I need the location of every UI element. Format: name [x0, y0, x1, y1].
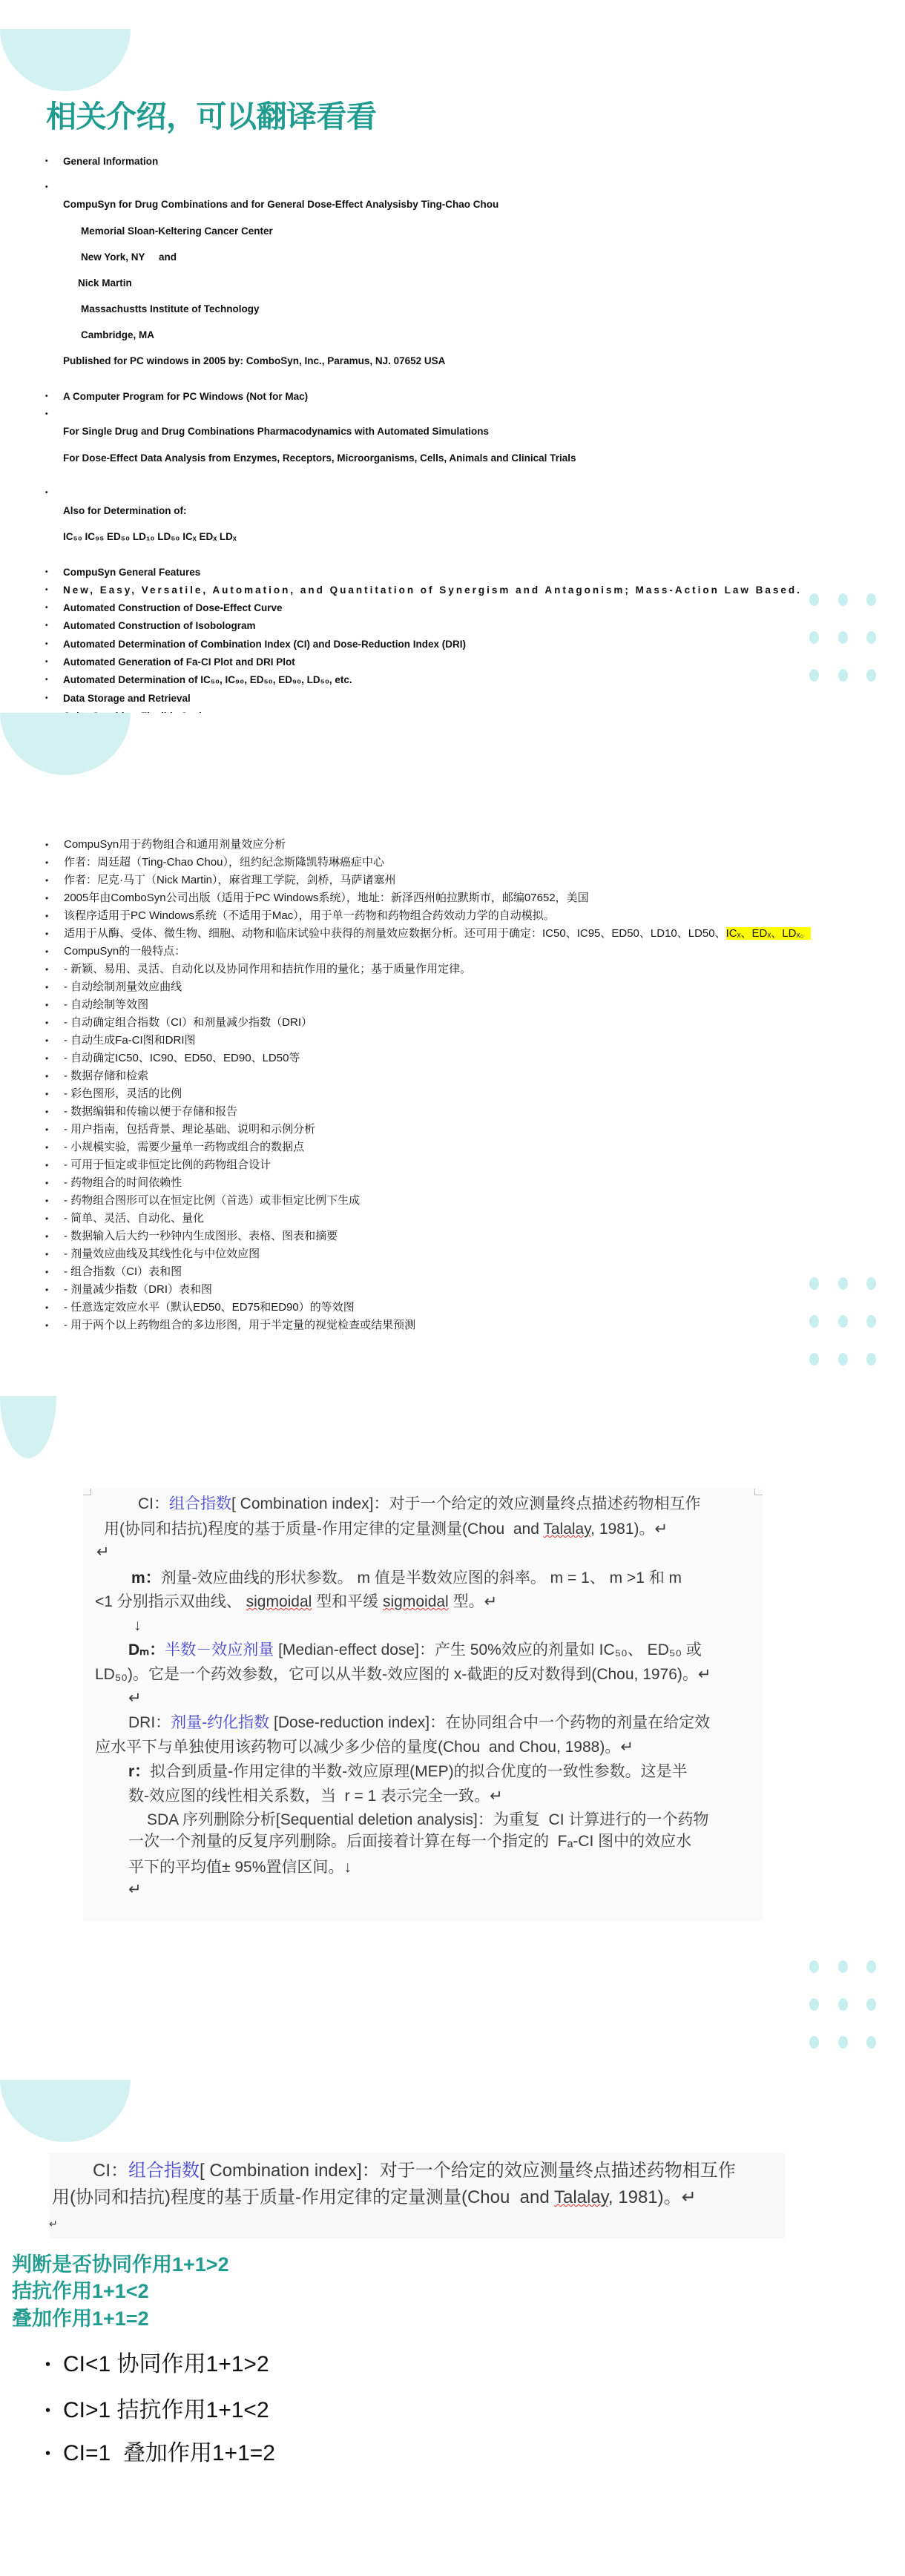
list-item-line: Cambridge, MA: [63, 331, 802, 340]
list-item-text: - 药物组合的时间依赖性: [64, 1176, 182, 1189]
doc-text: , 1981)。↵: [590, 1521, 668, 1538]
slide-translation-chinese: CompuSyn用于药物组合和通用剂量效应分析 作者：周廷超（Ting-Chao…: [0, 713, 905, 1396]
list-item: Also for Determination of: IC₅₀ IC₉₅ ED₅…: [0, 489, 802, 559]
decorative-semicircle: [0, 1396, 56, 1458]
bullet-ci-greater-than-1: CI>1 拮抗作用1+1<2: [63, 2396, 269, 2425]
list-item: Automated Determination of IC₅₀, IC₉₀, E…: [0, 676, 802, 685]
slide-deck-page: 相关介绍，可以翻译看看 General Information CompuSyn…: [0, 0, 905, 2576]
list-item: - 小规模实验，需要少量单一药物或组合的数据点: [0, 1139, 811, 1156]
doc-text: CI：: [93, 2161, 128, 2181]
list-item-text: - 小规模实验，需要少量单一药物或组合的数据点: [64, 1141, 304, 1153]
term-combination-index: 组合指数: [169, 1495, 231, 1512]
decor-dot: [809, 631, 819, 644]
list-item: - 用于两个以上药物组合的多边形图，用于半定量的视觉检查或结果预测: [0, 1317, 811, 1334]
list-item-text: - 剂量效应曲线及其线性化与中位效应图: [64, 1248, 260, 1260]
decor-dot: [809, 1960, 819, 1973]
list-item: 适用于从酶、受体、微生物、细胞、动物和临床试验中获得的剂量效应数据分析。还可用于…: [0, 925, 811, 943]
decor-dot: [838, 1315, 848, 1328]
decor-dot: [866, 1277, 876, 1290]
list-item-text: 适用于从酶、受体、微生物、细胞、动物和临床试验中获得的剂量效应数据分析。还可用于…: [64, 927, 726, 940]
doc-text: 型。↵: [449, 1593, 497, 1610]
doc-line: 用(协同和拮抗)程度的基于质量-作用定律的定量测量(Chou and Talal…: [104, 1518, 668, 1541]
decor-dot: [866, 593, 876, 606]
decor-dot: [866, 1353, 876, 1366]
list-item-text: - 可用于恒定或非恒定比例的药物组合设计: [64, 1159, 271, 1171]
list-item: Automated Determination of Combination I…: [0, 640, 802, 649]
decor-dot: [838, 1960, 848, 1973]
decor-dot: [866, 2036, 876, 2049]
highlighted-text: ICₓ、EDₓ、LDₓ。: [726, 927, 812, 940]
doc-text: DRI：: [128, 1714, 171, 1731]
list-item-authors: CompuSyn for Drug Combinations and for G…: [0, 183, 802, 383]
list-item: 2005年由ComboSyn公司出版（适用于PC Windows系统），地址：新…: [0, 889, 811, 907]
list-item: - 任意选定效应水平（默认ED50、ED75和ED90）的等效图: [0, 1299, 811, 1317]
decorative-dot-grid: [809, 1277, 878, 1366]
doc-line: LD₅₀)。它是一个药效参数，它可以从半数-效应图的 x-截距的反对数得到(Ch…: [95, 1664, 711, 1686]
list-item-text: General Information: [63, 156, 158, 167]
list-item: CompuSyn的一般特点：: [0, 943, 811, 961]
doc-line-r: r：拟合到质量-作用定律的半数-效应原理(MEP)的拟合优度的一致性参数。这是半: [128, 1761, 688, 1783]
page-corner-mark: [83, 1489, 91, 1495]
list-item-text: - 新颖、易用、灵活、自动化以及协同作用和拮抗作用的量化；基于质量作用定律。: [64, 963, 471, 975]
features-list-cn: CompuSyn用于药物组合和通用剂量效应分析 作者：周廷超（Ting-Chao…: [0, 836, 811, 1334]
doc-line-dri: DRI：剂量-约化指数 [Dose-reduction index]：在协同组合…: [128, 1712, 710, 1734]
decor-dot: [809, 1998, 819, 2011]
list-item-text: - 彩色图形，灵活的比例: [64, 1087, 182, 1100]
doc-text: CI：: [138, 1495, 169, 1512]
doc-text: 用(协同和拮抗)程度的基于质量-作用定律的定量测量(Chou and: [104, 1521, 543, 1538]
list-item-line: Massachustts Institute of Technology: [63, 305, 802, 314]
decor-dot: [838, 1277, 848, 1290]
doc-line: 平下的平均值± 95%置信区间。↓: [128, 1857, 352, 1879]
list-item: - 组合指数（CI）表和图: [0, 1263, 811, 1281]
decorative-semicircle: [0, 713, 131, 775]
term-median-effect-dose: 半数－效应剂量: [165, 1641, 274, 1658]
list-item: - 彩色图形，灵活的比例: [0, 1085, 811, 1103]
list-item-text: - 用于两个以上药物组合的多边形图，用于半定量的视觉检查或结果预测: [64, 1319, 415, 1331]
list-item: New, Easy, Versatile, Automation, and Qu…: [0, 586, 802, 595]
paragraph-mark: ↵: [96, 1541, 110, 1564]
ci-definition-document-image: CI：组合指数[ Combination index]：对于一个给定的效应测量终…: [49, 2153, 785, 2239]
doc-text: 用(协同和拮抗)程度的基于质量-作用定律的定量测量(Chou and: [52, 2187, 554, 2207]
list-item-line: Memorial Sloan-Keltering Cancer Center: [63, 227, 802, 236]
doc-line: 应水平下与单独使用该药物可以减少多少倍的量度(Chou and Chou, 19…: [95, 1736, 633, 1759]
doc-text: [Dose-reduction index]：在协同组合中一个药物的剂量在给定效: [269, 1714, 710, 1731]
paragraph-mark: ↵: [128, 1879, 142, 1901]
list-item-text: A Computer Program for PC Windows (Not f…: [63, 391, 308, 402]
list-item: - 药物组合图形可以在恒定比例（首选）或非恒定比例下生成: [0, 1192, 811, 1210]
list-item-text: - 组合指数（CI）表和图: [64, 1265, 182, 1278]
list-item: - 自动绘制剂量效应曲线: [0, 978, 811, 996]
decorative-semicircle: [0, 2080, 131, 2142]
spellcheck-word: Talalay: [543, 1521, 590, 1538]
list-item: - 可用于恒定或非恒定比例的药物组合设计: [0, 1156, 811, 1174]
slide-intro-english: 相关介绍，可以翻译看看 General Information CompuSyn…: [0, 29, 905, 713]
list-item-text: - 数据编辑和传输以便于存储和报告: [64, 1105, 237, 1118]
term-key: Dₘ：: [128, 1641, 165, 1658]
heading-antagonism: 拮抗作用1+1<2: [12, 2278, 149, 2305]
list-item: - 药物组合的时间依赖性: [0, 1174, 811, 1192]
decor-dot: [809, 2036, 819, 2049]
list-item-line: Nick Martin: [63, 279, 802, 288]
doc-line: 一次一个剂量的反复序列删除。后面接着计算在每一个指定的 Fₐ-CI 图中的效应水: [128, 1831, 691, 1853]
list-item: - 数据编辑和传输以便于存储和报告: [0, 1103, 811, 1121]
line-break-mark: ↓: [134, 1615, 142, 1637]
term-key: r：: [128, 1763, 150, 1780]
bullet-ci-less-than-1: CI<1 协同作用1+1>2: [63, 2350, 269, 2379]
spellcheck-word: sigmoidal: [246, 1593, 312, 1610]
decorative-dot-grid: [809, 593, 878, 682]
list-item-text: - 简单、灵活、自动化、量化: [64, 1212, 204, 1225]
list-item-text: Automated Generation of Fa-CI Plot and D…: [63, 656, 295, 668]
doc-line: <1 分别指示双曲线、 sigmoidal 型和平缓 sigmoidal 型。↵: [95, 1591, 497, 1613]
decor-dot: [838, 593, 848, 606]
list-item-text: - 自动绘制等效图: [64, 998, 148, 1011]
list-item-text: Automated Determination of Combination I…: [63, 639, 466, 650]
list-item: - 自动绘制等效图: [0, 996, 811, 1014]
decor-dot: [866, 631, 876, 644]
decor-dot: [866, 1315, 876, 1328]
decor-dot: [838, 1998, 848, 2011]
list-item-text: - 自动生成Fa-CI图和DRI图: [64, 1034, 196, 1047]
list-item-text: - 数据输入后大约一秒钟内生成图形、表格、图表和摘要: [64, 1230, 338, 1242]
features-list-en: General Information CompuSyn for Drug Co…: [0, 157, 802, 713]
term-dose-reduction-index: 剂量-约化指数: [171, 1714, 269, 1731]
list-item: Automated Construction of Dose-Effect Cu…: [0, 604, 802, 613]
paragraph-mark: ↵: [49, 2211, 58, 2236]
doc-text: 型和平缓: [312, 1593, 383, 1610]
spellcheck-word: sigmoidal: [383, 1593, 449, 1610]
list-item-line: For Single Drug and Drug Combinations Ph…: [63, 427, 802, 436]
decor-dot: [838, 2036, 848, 2049]
list-item: - 简单、灵活、自动化、量化: [0, 1210, 811, 1228]
list-item: Automated Construction of Isobologram: [0, 622, 802, 630]
definitions-document-image: CI：组合指数[ Combination index]：对于一个给定的效应测量终…: [83, 1489, 763, 1921]
list-item-text: Automated Determination of IC₅₀, IC₉₀, E…: [63, 674, 352, 685]
bullet-ci-equals-1: CI=1 叠加作用1+1=2: [63, 2439, 275, 2468]
doc-text: 剂量-效应曲线的形状参数。 m 值是半数效应图的斜率。 m = 1、 m >1 …: [161, 1569, 682, 1587]
doc-text: , 1981)。↵: [608, 2187, 697, 2207]
list-item: - 剂量减少指数（DRI）表和图: [0, 1281, 811, 1299]
list-item: A Computer Program for PC Windows (Not f…: [0, 392, 802, 401]
list-item-text: - 自动确定IC50、IC90、ED50、ED90、LD50等: [64, 1052, 300, 1064]
list-item: - 自动确定组合指数（CI）和剂量减少指数（DRI）: [0, 1014, 811, 1032]
doc-line-ci: CI：组合指数[ Combination index]：对于一个给定的效应测量终…: [138, 1493, 700, 1515]
list-item: Automated Generation of Fa-CI Plot and D…: [0, 658, 802, 667]
doc-line-dm: Dₘ：半数－效应剂量 [Median-effect dose]：产生 50%效应…: [128, 1639, 702, 1661]
decor-dot: [866, 669, 876, 682]
list-item: - 自动确定IC50、IC90、ED50、ED90、LD50等: [0, 1050, 811, 1067]
list-item: 作者：尼克·马丁（Nick Martin），麻省理工学院，剑桥，马萨诸塞州: [0, 872, 811, 889]
list-item: CompuSyn General Features: [0, 568, 802, 577]
list-item: Data Storage and Retrieval: [0, 694, 802, 703]
list-item-text: - 数据存储和检索: [64, 1070, 148, 1082]
doc-line: 用(协同和拮抗)程度的基于质量-作用定律的定量测量(Chou and Talal…: [52, 2185, 697, 2210]
heading-synergy: 判断是否协同作用1+1>2: [12, 2251, 229, 2278]
list-item-line: IC₅₀ IC₉₅ ED₅₀ LD₁₀ LD₅₀ ICₓ EDₓ LDₓ: [63, 533, 802, 541]
doc-text: [ Combination index]：对于一个给定的效应测量终点描述药物相互…: [200, 2161, 736, 2181]
list-item-line: New York, NY and: [63, 253, 802, 262]
term-key: m：: [131, 1569, 161, 1587]
decor-dot: [838, 1353, 848, 1366]
decor-dot: [809, 1353, 819, 1366]
list-item-text: - 自动绘制剂量效应曲线: [64, 981, 182, 993]
slide-title: 相关介绍，可以翻译看看: [46, 99, 377, 134]
doc-text: 拟合到质量-作用定律的半数-效应原理(MEP)的拟合优度的一致性参数。这是半: [150, 1763, 687, 1780]
decor-dot: [838, 631, 848, 644]
decorative-dot-grid: [809, 1960, 878, 2049]
list-item: 作者：周廷超（Ting-Chao Chou），纽约纪念斯隆凯特琳癌症中心: [0, 854, 811, 872]
list-item-text: 该程序适用于PC Windows系统（不适用于Mac），用于单一药物和药物组合药…: [64, 909, 555, 922]
list-item-line: For Dose-Effect Data Analysis from Enzym…: [63, 454, 802, 463]
decor-dot: [809, 669, 819, 682]
list-item: - 用户指南，包括背景、理论基础、说明和示例分析: [0, 1121, 811, 1139]
list-item: - 剂量效应曲线及其线性化与中位效应图: [0, 1245, 811, 1263]
list-item-text: - 任意选定效应水平（默认ED50、ED75和ED90）的等效图: [64, 1301, 355, 1314]
decor-dot: [866, 1998, 876, 2011]
doc-line-ci: CI：组合指数[ Combination index]：对于一个给定的效应测量终…: [93, 2158, 736, 2184]
list-item-line: Published for PC windows in 2005 by: Com…: [63, 357, 802, 366]
list-item: 该程序适用于PC Windows系统（不适用于Mac），用于单一药物和药物组合药…: [0, 907, 811, 925]
list-item-text: Automated Construction of Dose-Effect Cu…: [63, 602, 283, 613]
doc-line-m: m：剂量-效应曲线的形状参数。 m 值是半数效应图的斜率。 m = 1、 m >…: [131, 1567, 682, 1590]
list-item: For Single Drug and Drug Combinations Ph…: [0, 410, 802, 480]
list-item-text: CompuSyn用于药物组合和通用剂量效应分析: [64, 838, 286, 851]
list-item-line: Also for Determination of:: [63, 507, 802, 515]
heading-additive: 叠加作用1+1=2: [12, 2305, 149, 2332]
list-item-text: 2005年由ComboSyn公司出版（适用于PC Windows系统），地址：新…: [64, 892, 589, 904]
list-item-text: New, Easy, Versatile, Automation, and Qu…: [63, 584, 802, 596]
spellcheck-word: Talalay: [554, 2187, 608, 2207]
list-item: CompuSyn用于药物组合和通用剂量效应分析: [0, 836, 811, 854]
list-item: - 数据输入后大约一秒钟内生成图形、表格、图表和摘要: [0, 1228, 811, 1245]
list-item-text: - 剂量减少指数（DRI）表和图: [64, 1283, 212, 1296]
list-item-line: CompuSyn for Drug Combinations and for G…: [63, 200, 802, 209]
page-corner-mark: [754, 1489, 763, 1495]
list-item: - 数据存储和检索: [0, 1067, 811, 1085]
list-item-text: Data Storage and Retrieval: [63, 693, 191, 704]
list-item-text: 作者：周廷超（Ting-Chao Chou），纽约纪念斯隆凯特琳癌症中心: [64, 856, 384, 869]
list-item-text: - 药物组合图形可以在恒定比例（首选）或非恒定比例下生成: [64, 1194, 360, 1207]
list-item-text: CompuSyn的一般特点：: [64, 945, 185, 958]
doc-line-sda: SDA 序列删除分析[Sequential deletion analysis]…: [147, 1809, 708, 1831]
decor-dot: [866, 1960, 876, 1973]
list-item-text: CompuSyn General Features: [63, 567, 200, 578]
slide-definitions: CI：组合指数[ Combination index]：对于一个给定的效应测量终…: [0, 1396, 905, 2080]
term-combination-index: 组合指数: [128, 2161, 200, 2181]
list-item-text: - 用户指南，包括背景、理论基础、说明和示例分析: [64, 1123, 315, 1136]
list-item-text: Automated Construction of Isobologram: [63, 620, 256, 631]
decor-dot: [809, 1277, 819, 1290]
doc-line: 数-效应图的线性相关系数，当 r = 1 表示完全一致。↵: [128, 1785, 503, 1808]
list-item: - 自动生成Fa-CI图和DRI图: [0, 1032, 811, 1050]
list-item-text: 作者：尼克·马丁（Nick Martin），麻省理工学院，剑桥，马萨诸塞州: [64, 874, 396, 886]
paragraph-mark: ↵: [128, 1687, 142, 1710]
decor-dot: [809, 593, 819, 606]
doc-text: [ Combination index]：对于一个给定的效应测量终点描述药物相互…: [231, 1495, 700, 1512]
list-item-text: - 自动确定组合指数（CI）和剂量减少指数（DRI）: [64, 1016, 312, 1029]
slide-synergy-judgement: CI：组合指数[ Combination index]：对于一个给定的效应测量终…: [0, 2080, 905, 2576]
list-item: General Information: [0, 157, 802, 166]
list-item: - 新颖、易用、灵活、自动化以及协同作用和拮抗作用的量化；基于质量作用定律。: [0, 961, 811, 978]
decor-dot: [838, 669, 848, 682]
decorative-semicircle: [0, 29, 131, 91]
decor-dot: [809, 1315, 819, 1328]
doc-text: <1 分别指示双曲线、: [95, 1593, 246, 1610]
doc-text: [Median-effect dose]：产生 50%效应的剂量如 IC₅₀、 …: [274, 1641, 702, 1658]
